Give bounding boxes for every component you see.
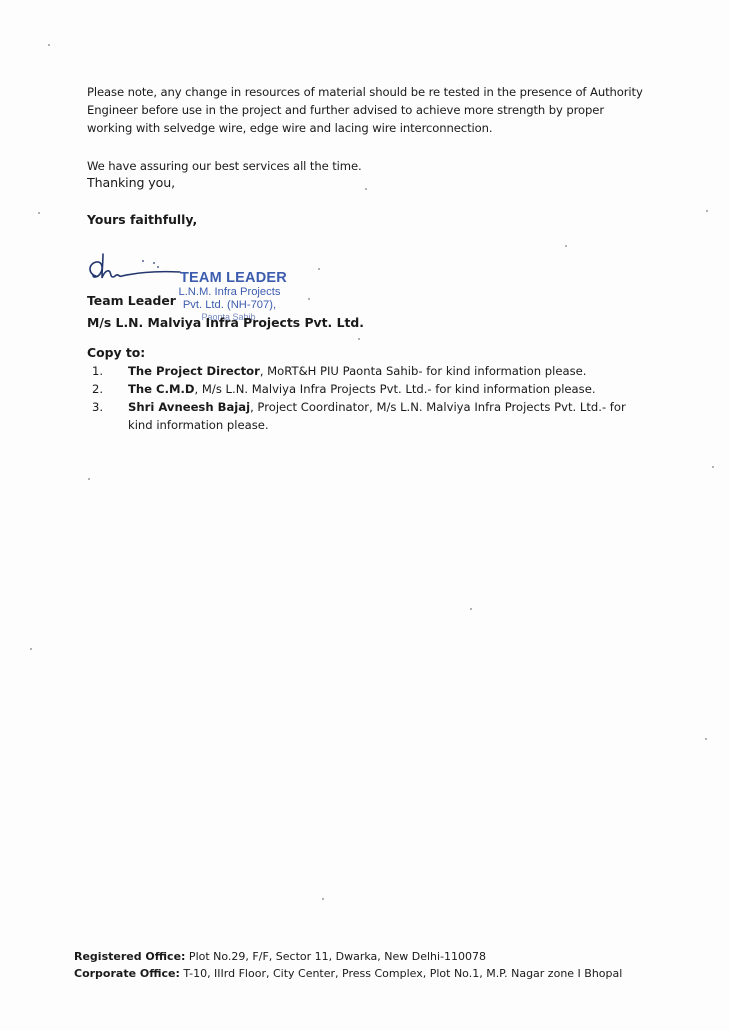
scan-speck — [470, 608, 472, 610]
recipient-detail: , MoRT&H PIU Paonta Sahib- for kind info… — [260, 364, 587, 378]
list-item: 3. Shri Avneesh Bajaj, Project Coordinat… — [87, 398, 647, 434]
letter-footer: Registered Office: Plot No.29, F/F, Sect… — [74, 948, 622, 982]
scan-speck — [358, 338, 360, 340]
signatory-company: M/s L.N. Malviya Infra Projects Pvt. Ltd… — [87, 315, 364, 330]
recipient-name: The Project Director — [128, 364, 260, 378]
registered-office-label: Registered Office: — [74, 950, 185, 963]
scan-speck — [712, 466, 714, 468]
registered-office-address: Plot No.29, F/F, Sector 11, Dwarka, New … — [185, 950, 486, 963]
stamp-title: TEAM LEADER — [180, 270, 287, 286]
scan-speck — [308, 298, 310, 300]
scan-speck — [706, 210, 708, 212]
scan-speck — [705, 738, 707, 740]
thanking-line: Thanking you, — [87, 174, 647, 192]
recipient-name: The C.M.D — [128, 382, 195, 396]
scan-speck — [88, 478, 90, 480]
scan-speck — [48, 44, 50, 46]
corporate-office-line: Corporate Office: T-10, IIIrd Floor, Cit… — [74, 965, 622, 982]
scan-speck — [38, 212, 40, 214]
registered-office-line: Registered Office: Plot No.29, F/F, Sect… — [74, 948, 622, 965]
assurance-paragraph: We have assuring our best services all t… — [87, 157, 647, 175]
list-number: 1. — [92, 362, 103, 380]
list-number: 3. — [92, 398, 103, 416]
scan-speck — [318, 268, 320, 270]
scan-speck — [565, 245, 567, 247]
list-number: 2. — [92, 380, 103, 398]
corporate-office-address: T-10, IIIrd Floor, City Center, Press Co… — [180, 967, 622, 980]
stamp-company-suffix: Pvt. Ltd. (NH-707), — [172, 299, 287, 312]
copy-to-heading: Copy to: — [87, 345, 145, 360]
scan-speck — [30, 648, 32, 650]
scan-speck — [365, 188, 367, 190]
corporate-office-label: Corporate Office: — [74, 967, 180, 980]
recipient-name: Shri Avneesh Bajaj — [128, 400, 250, 414]
scan-speck — [322, 898, 324, 900]
stamp-company: L.N.M. Infra Projects — [172, 286, 287, 299]
list-item: 2. The C.M.D, M/s L.N. Malviya Infra Pro… — [87, 380, 647, 398]
recipient-detail: , M/s L.N. Malviya Infra Projects Pvt. L… — [195, 382, 596, 396]
copy-to-list: 1. The Project Director, MoRT&H PIU Paon… — [87, 362, 647, 434]
list-item: 1. The Project Director, MoRT&H PIU Paon… — [87, 362, 647, 380]
note-paragraph: Please note, any change in resources of … — [87, 83, 647, 137]
closing-salutation: Yours faithfully, — [87, 212, 197, 227]
signatory-title: Team Leader — [87, 293, 176, 308]
letter-page: Please note, any change in resources of … — [0, 0, 729, 1031]
